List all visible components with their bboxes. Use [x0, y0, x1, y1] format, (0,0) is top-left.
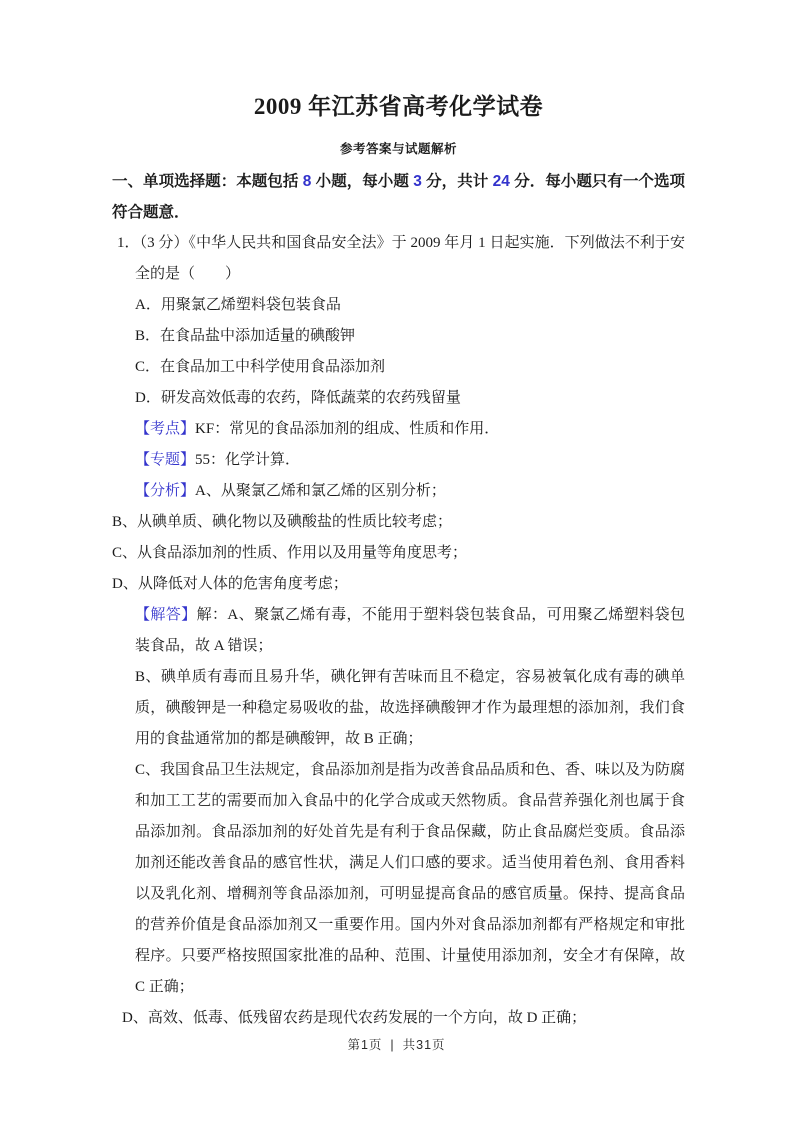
option-row: B．在食品盐中添加适量的碘酸钾	[135, 321, 685, 352]
section-heading: 一、单项选择题：本题包括 8 小题，每小题 3 分，共计 24 分．每小题只有一…	[112, 166, 685, 228]
kaodian-text: KF：常见的食品添加剂的组成、性质和作用．	[195, 421, 499, 437]
jieda-label: 【解答】	[135, 607, 197, 623]
option-row: D．研发高效低毒的农药，降低蔬菜的农药残留量	[135, 383, 685, 414]
footer-total-pages: 共31页	[403, 1038, 446, 1052]
fenxi-first-line: 【分析】A、从聚氯乙烯和氯乙烯的区别分析；	[135, 476, 685, 507]
jieda-text-a: 解：A、聚氯乙烯有毒，不能用于塑料袋包装食品，可用聚乙烯塑料袋包装食品，故 A …	[135, 607, 685, 654]
kaodian-line: 【考点】KF：常见的食品添加剂的组成、性质和作用．	[135, 414, 685, 445]
zhuanti-text: 55：化学计算．	[195, 452, 300, 468]
fenxi-line: C、从食品添加剂的性质、作用以及用量等角度思考；	[112, 538, 685, 569]
heading-text: 小题，每小题	[311, 173, 413, 190]
jieda-paragraph: B、碘单质有毒而且易升华，碘化钾有苦味而且不稳定，容易被氧化成有毒的碘单质，碘酸…	[135, 662, 685, 755]
document-page: 2009 年江苏省高考化学试卷 参考答案与试题解析 一、单项选择题：本题包括 8…	[0, 0, 793, 1122]
footer-separator: |	[390, 1038, 394, 1052]
fenxi-text-a: A、从聚氯乙烯和氯乙烯的区别分析；	[195, 483, 446, 499]
zhuanti-line: 【专题】55：化学计算．	[135, 445, 685, 476]
footer-page-number: 第1页	[347, 1038, 382, 1052]
heading-number: 3	[413, 173, 422, 190]
option-text-d: 研发高效低毒的农药，降低蔬菜的农药残留量	[161, 390, 461, 406]
option-row: C．在食品加工中科学使用食品添加剂	[135, 352, 685, 383]
option-text-c: 在食品加工中科学使用食品添加剂	[160, 359, 385, 375]
question-block: 1．（3 分）《中华人民共和国食品安全法》于 2009 年月 1 日起实施．下列…	[112, 228, 685, 1034]
question-number: 1．	[117, 235, 140, 251]
fenxi-label: 【分析】	[135, 483, 195, 499]
option-text-b: 在食品盐中添加适量的碘酸钾	[160, 328, 355, 344]
option-label-a: A．	[135, 297, 161, 313]
option-row: A．用聚氯乙烯塑料袋包装食品	[135, 290, 685, 321]
jieda-paragraph: C、我国食品卫生法规定，食品添加剂是指为改善食品品质和色、香、味以及为防腐和加工…	[135, 755, 685, 1003]
option-label-c: C．	[135, 359, 160, 375]
fenxi-line: D、从降低对人体的危害角度考虑；	[112, 569, 685, 600]
jieda-paragraph: 【解答】解：A、聚氯乙烯有毒，不能用于塑料袋包装食品，可用聚乙烯塑料袋包装食品，…	[135, 600, 685, 662]
question-stem: 1．（3 分）《中华人民共和国食品安全法》于 2009 年月 1 日起实施．下列…	[112, 228, 685, 290]
heading-text: 分，共计	[422, 173, 493, 190]
option-label-b: B．	[135, 328, 160, 344]
fenxi-line: B、从碘单质、碘化物以及碘酸盐的性质比较考虑；	[112, 507, 685, 538]
page-footer: 第1页|共31页	[0, 1035, 793, 1053]
question-stem-text: （3 分）《中华人民共和国食品安全法》于 2009 年月 1 日起实施．下列做法…	[135, 235, 685, 282]
heading-number: 24	[493, 173, 510, 190]
page-title: 2009 年江苏省高考化学试卷	[112, 92, 685, 122]
jieda-paragraph: D、高效、低毒、低残留农药是现代农药发展的一个方向，故 D 正确；	[122, 1003, 685, 1034]
heading-text: 一、单项选择题：本题包括	[112, 173, 303, 190]
option-text-a: 用聚氯乙烯塑料袋包装食品	[161, 297, 341, 313]
page-subtitle: 参考答案与试题解析	[112, 139, 685, 157]
option-label-d: D．	[135, 390, 161, 406]
zhuanti-label: 【专题】	[135, 452, 195, 468]
kaodian-label: 【考点】	[135, 421, 195, 437]
page-content: 2009 年江苏省高考化学试卷 参考答案与试题解析 一、单项选择题：本题包括 8…	[112, 92, 685, 1034]
